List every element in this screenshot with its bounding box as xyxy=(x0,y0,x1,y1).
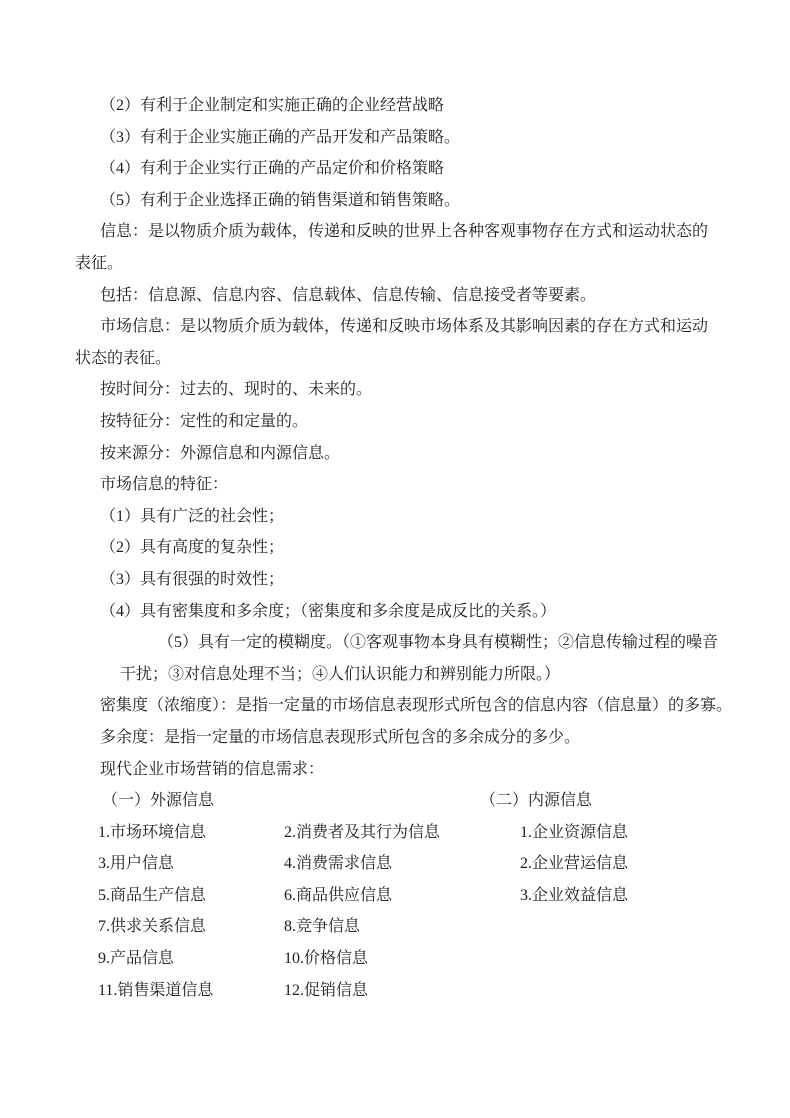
classification-by-source: 按来源分：外源信息和内源信息。 xyxy=(100,444,340,464)
info-definition-line2: 表征。 xyxy=(75,254,123,274)
benefit-item-3: （3）有利于企业实施正确的产品开发和产品策略。 xyxy=(100,128,460,148)
external-list-item-8: 8.竞争信息 xyxy=(284,917,360,937)
density-definition: 密集度（浓缩度）：是指一定量的市场信息表现形式所包含的信息内容（信息量）的多寡。 xyxy=(100,696,732,716)
external-list-item-12: 12.促销信息 xyxy=(284,981,368,1001)
feature-item-3: （3）具有很强的时效性； xyxy=(100,570,284,590)
external-list-item-7: 7.供求关系信息 xyxy=(98,917,206,937)
external-list-item-1: 1.市场环境信息 xyxy=(98,823,206,843)
needs-heading: 现代企业市场营销的信息需求： xyxy=(100,760,324,780)
feature-item-5-line1: （5）具有一定的模糊度。（①客观事物本身具有模糊性；②信息传输过程的噪音 xyxy=(158,633,718,653)
external-list-item-4: 4.消费需求信息 xyxy=(284,854,392,874)
external-list-item-9: 9.产品信息 xyxy=(98,949,174,969)
feature-item-5-line2: 干扰；③对信息处理不当；④人们认识能力和辨别能力所限。） xyxy=(120,665,560,685)
external-list-item-5: 5.商品生产信息 xyxy=(98,886,206,906)
feature-item-4: （4）具有密集度和多余度；（密集度和多余度是成反比的关系。） xyxy=(100,602,556,622)
external-list-item-6: 6.商品供应信息 xyxy=(284,886,392,906)
internal-info-header: （二）内源信息 xyxy=(480,791,592,811)
classification-by-feature: 按特征分：定性的和定量的。 xyxy=(100,412,308,432)
external-list-item-3: 3.用户信息 xyxy=(98,854,174,874)
external-info-header: （一）外源信息 xyxy=(102,791,214,811)
classification-by-time: 按时间分：过去的、现时的、未来的。 xyxy=(100,380,372,400)
internal-list-item-2: 2.企业营运信息 xyxy=(520,854,628,874)
benefit-item-2: （2）有利于企业制定和实施正确的企业经营战略 xyxy=(100,96,444,116)
external-list-item-2: 2.消费者及其行为信息 xyxy=(284,823,440,843)
benefit-item-5: （5）有利于企业选择正确的销售渠道和销售策略。 xyxy=(100,191,460,211)
market-info-definition-line1: 市场信息：是以物质介质为载体，传递和反映市场体系及其影响因素的存在方式和运动 xyxy=(100,317,708,337)
info-elements: 包括：信息源、信息内容、信息载体、信息传输、信息接受者等要素。 xyxy=(100,286,596,306)
info-definition-line1: 信息：是以物质介质为载体，传递和反映的世界上各种客观事物存在方式和运动状态的 xyxy=(100,222,708,242)
feature-item-1: （1）具有广泛的社会性； xyxy=(100,507,284,527)
features-heading: 市场信息的特征： xyxy=(100,475,228,495)
external-list-item-10: 10.价格信息 xyxy=(284,949,368,969)
feature-item-2: （2）具有高度的复杂性； xyxy=(100,538,284,558)
market-info-definition-line2: 状态的表征。 xyxy=(75,349,171,369)
internal-list-item-1: 1.企业资源信息 xyxy=(520,823,628,843)
benefit-item-4: （4）有利于企业实行正确的产品定价和价格策略 xyxy=(100,159,444,179)
document-page: （2）有利于企业制定和实施正确的企业经营战略 （3）有利于企业实施正确的产品开发… xyxy=(0,0,790,1118)
external-list-item-11: 11.销售渠道信息 xyxy=(98,981,213,1001)
internal-list-item-3: 3.企业效益信息 xyxy=(520,886,628,906)
redundancy-definition: 多余度：是指一定量的市场信息表现形式所包含的多余成分的多少。 xyxy=(100,728,580,748)
